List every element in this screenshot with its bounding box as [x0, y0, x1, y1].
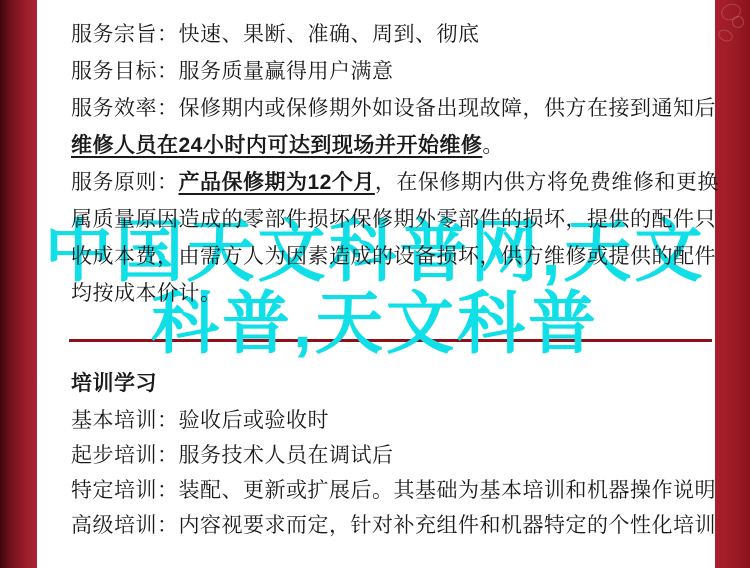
service-principle-line: 服务原则：产品保修期为12个月，在保修期内供方将免费维修和更换 [71, 171, 719, 194]
training-basic-line: 基本培训：验收后或验收时 [71, 409, 329, 432]
repair-time-emphasis: 维修人员在24小时内可达到现场并开始维修 [71, 134, 482, 157]
principle-tail: ，在保修期内供方将免费维修和更换 [375, 171, 719, 194]
training-startup-line: 起步培训：服务技术人员在调试后 [71, 444, 394, 467]
service-principle-cont-line-1: 属质量原因造成的零部件损坏保修期外零部件的损坏，提供的配件只 [71, 208, 716, 231]
service-repair-time-line: 维修人员在24小时内可达到现场并开始维修。 [71, 134, 504, 157]
training-advanced-line: 高级培训：内容视要求而定，针对补充组件和机器特定的个性化培训 [71, 514, 716, 537]
principle-label: 服务原则： [71, 171, 179, 194]
warranty-period-emphasis: 产品保修期为12个月 [179, 171, 375, 194]
service-aim-line: 服务宗旨：快速、果断、准确、周到、彻底 [71, 23, 480, 46]
service-efficiency-line: 服务效率：保修期内或保修期外如设备出现故障，供方在接到通知后 [71, 97, 716, 120]
training-section-heading: 培训学习 [71, 372, 157, 395]
floral-deco-icon [732, 16, 744, 28]
service-principle-cont-line-2: 收成本费，由需方人为因素造成的设备损坏，供方维修或提供的配件 [71, 245, 716, 268]
service-goal-line: 服务目标：服务质量赢得用户满意 [71, 60, 394, 83]
training-specific-line: 特定培训：装配、更新或扩展后。其基础为基本培训和机器操作说明 [71, 479, 716, 502]
repair-time-period: 。 [482, 134, 504, 157]
service-principle-cont-line-3: 均按成本价计。 [71, 282, 222, 305]
